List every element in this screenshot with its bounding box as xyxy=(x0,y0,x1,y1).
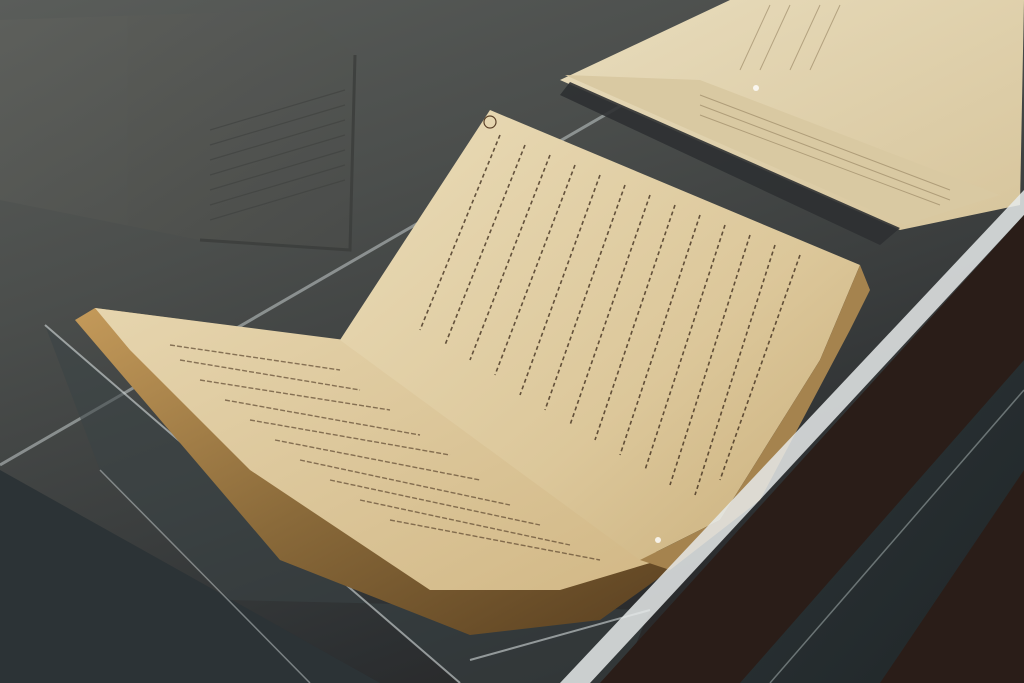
reflection xyxy=(0,10,355,250)
photo-scene: Medieval manuscripts in a museum display… xyxy=(0,0,1024,683)
glint xyxy=(753,85,759,91)
scene-illustration xyxy=(0,0,1024,683)
glint xyxy=(655,537,661,543)
